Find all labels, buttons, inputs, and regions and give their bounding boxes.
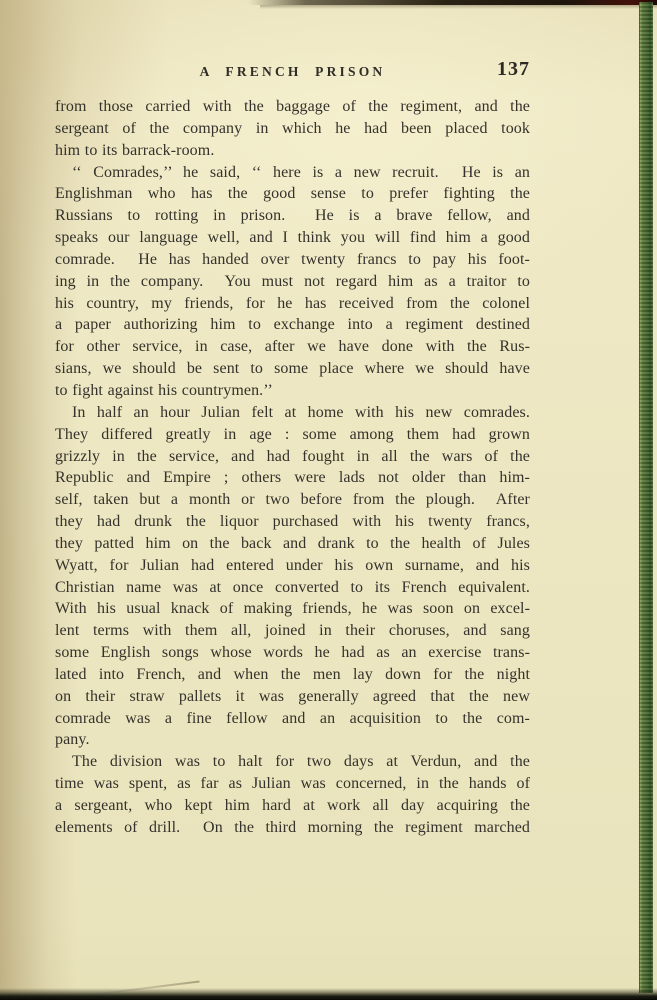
text-line: Republic and Empire ; others were lads n… — [55, 467, 530, 489]
text-line: Englishman who has the good sense to pre… — [55, 183, 530, 205]
text-line: grizzly in the service, and had fought i… — [55, 446, 530, 468]
text-line: pany. — [55, 729, 530, 751]
text-line: lent terms with them all, joined in thei… — [55, 620, 530, 642]
running-title: A FRENCH PRISON — [55, 64, 530, 80]
text-line: ‘‘ Comrades,’’ he said, ‘‘ here is a new… — [55, 162, 530, 184]
text-line: for other service, in case, after we hav… — [55, 336, 530, 358]
text-line: In half an hour Julian felt at home with… — [55, 402, 530, 424]
text-line: a paper authorizing him to exchange into… — [55, 314, 530, 336]
text-line: Wyatt, for Julian had entered under his … — [55, 555, 530, 577]
text-line: self, taken but a month or two before fr… — [55, 489, 530, 511]
bottom-edge-shadow — [0, 988, 657, 1000]
text-line: The division was to halt for two days at… — [55, 751, 530, 773]
text-line: They differed greatly in age : some amon… — [55, 424, 530, 446]
text-line: him to its barrack-room. — [55, 140, 530, 162]
text-line: from those carried with the baggage of t… — [55, 96, 530, 118]
text-line: a sergeant, who kept him hard at work al… — [55, 795, 530, 817]
text-line: Russians to rotting in prison. He is a b… — [55, 205, 530, 227]
green-cover-edge — [639, 2, 653, 993]
text-line: sergeant of the company in which he had … — [55, 118, 530, 140]
text-line: elements of drill. On the third morning … — [55, 817, 530, 839]
book-page-scan: A FRENCH PRISON 137 from those carried w… — [0, 0, 657, 1000]
text-line: comrade. He has handed over twenty franc… — [55, 249, 530, 271]
text-line: With his usual knack of making friends, … — [55, 598, 530, 620]
top-edge-soft-shadow — [260, 5, 657, 9]
text-line: time was spent, as far as Julian was con… — [55, 773, 530, 795]
text-line: they had drunk the liquor purchased with… — [55, 511, 530, 533]
text-line: comrade was a fine fellow and an acquisi… — [55, 708, 530, 730]
text-line: to fight against his countrymen.’’ — [55, 380, 530, 402]
page-number: 137 — [497, 58, 530, 81]
body-text: from those carried with the baggage of t… — [55, 96, 530, 839]
text-line: some English songs whose words he had as… — [55, 642, 530, 664]
text-line: his country, my friends, for he has rece… — [55, 293, 530, 315]
text-line: ing in the company. You must not regard … — [55, 271, 530, 293]
text-line: on their straw pallets it was generally … — [55, 686, 530, 708]
page-header: A FRENCH PRISON 137 — [55, 61, 530, 85]
text-line: Christian name was at once converted to … — [55, 577, 530, 599]
text-line: lated into French, and when the men lay … — [55, 664, 530, 686]
text-line: speaks our language well, and I think yo… — [55, 227, 530, 249]
text-line: sians, we should be sent to some place w… — [55, 358, 530, 380]
text-line: they patted him on the back and drank to… — [55, 533, 530, 555]
